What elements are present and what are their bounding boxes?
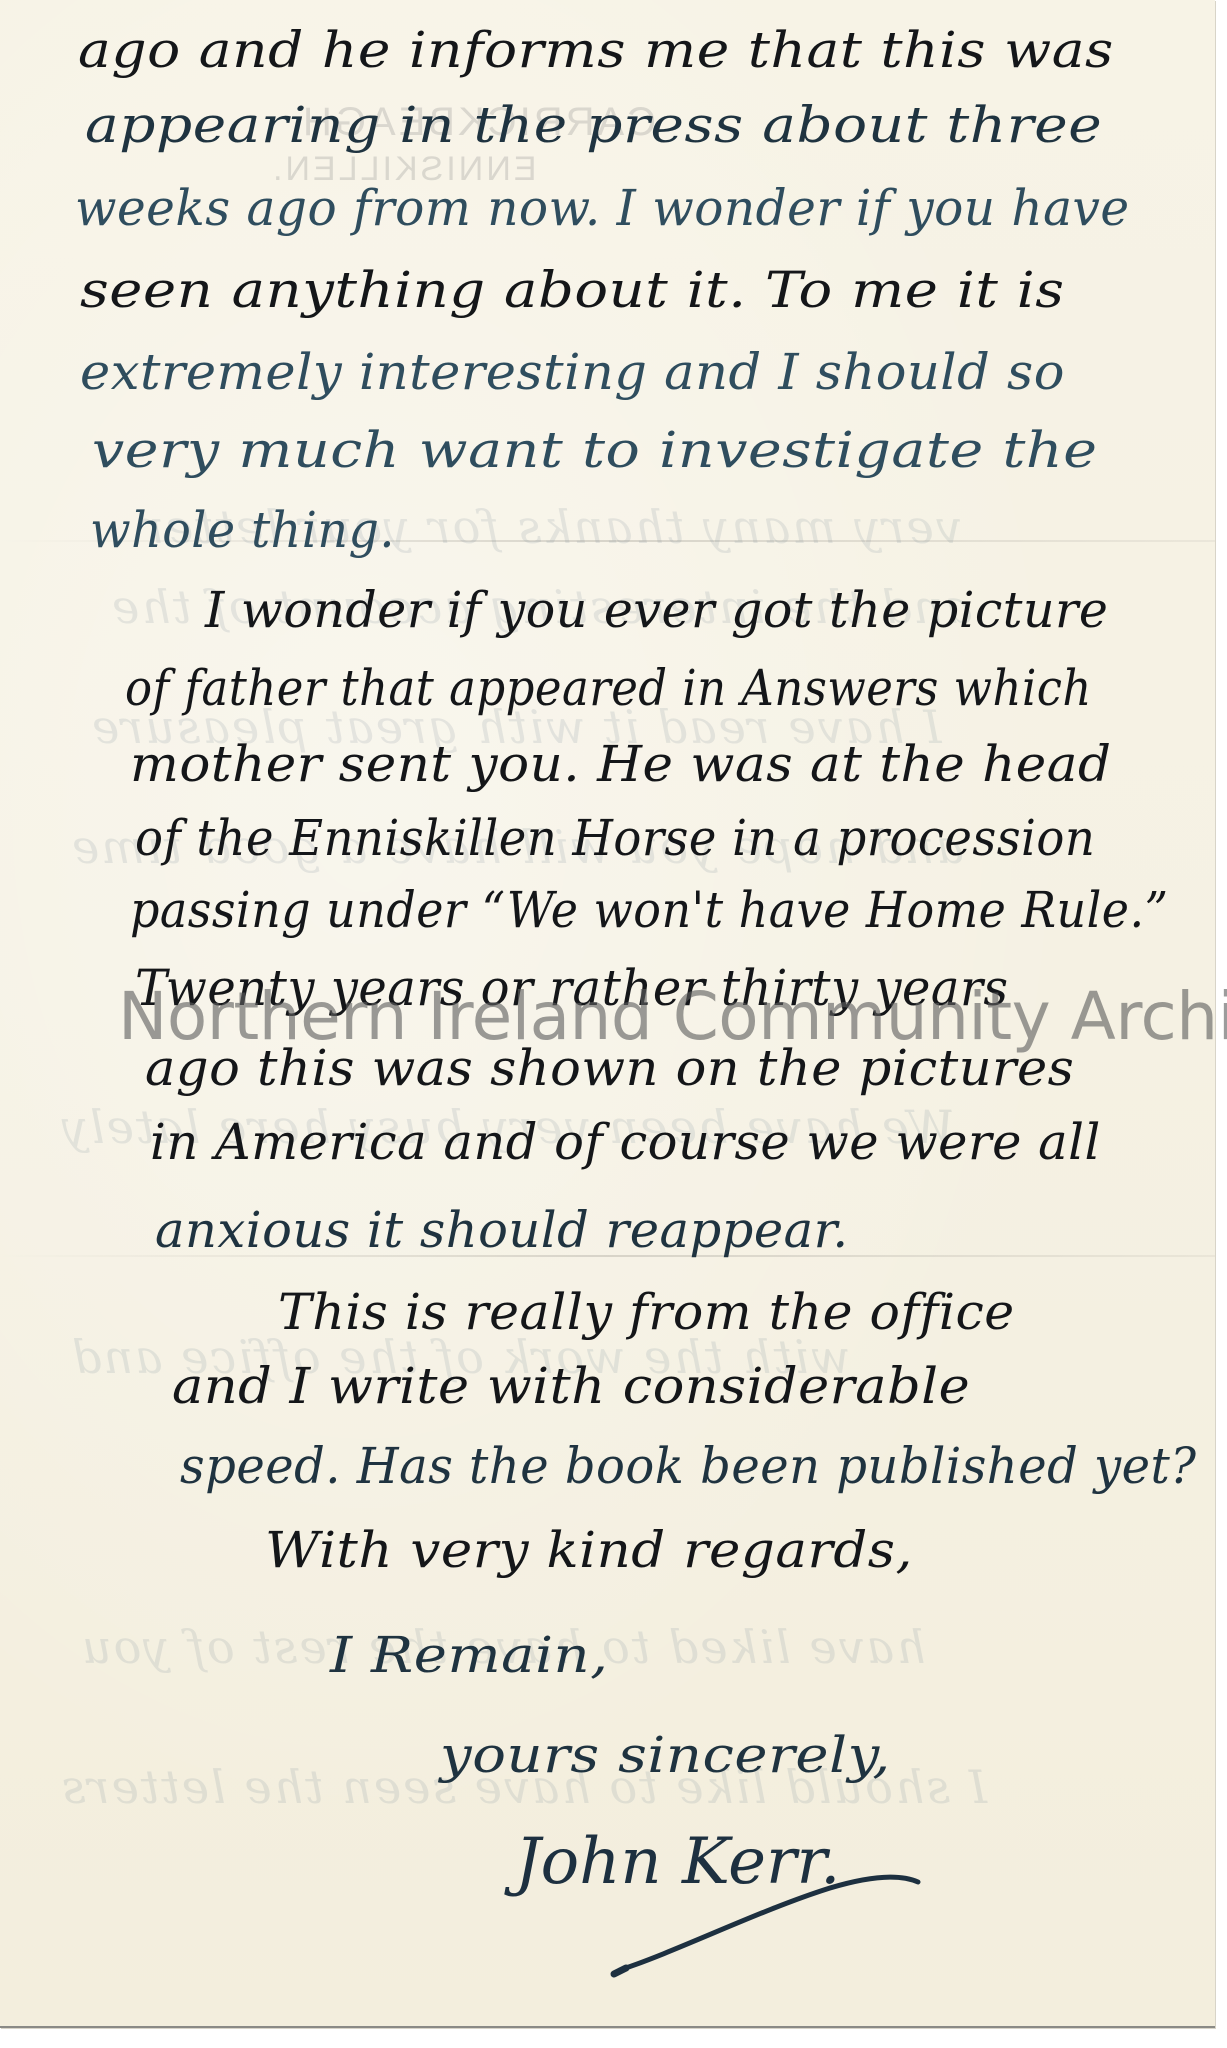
letter-line: passing under “We won't have Home Rule.” [130,880,1169,940]
letter-line: yours sincerely, [440,1725,891,1785]
letter-line: of father that appeared in Answers which [125,658,1092,718]
letter-line: I wonder if you ever got the picture [205,580,1108,640]
letter-line: This is really from the office [278,1282,1015,1342]
letter-line: With very kind regards, [265,1520,913,1580]
archive-watermark: Northern Ireland Community Archive [118,978,1227,1055]
letter-line: ago and he informs me that this was [78,20,1114,80]
letter-line: whole thing. [90,500,395,560]
letter-line: appearing in the press about three [85,95,1102,155]
letter-line: very much want to investigate the [92,420,1098,480]
letter-line: in America and of course we were all [150,1112,1101,1172]
letter-line: extremely interesting and I should so [80,342,1065,402]
letter-line: I Remain, [330,1625,609,1685]
letter-line: speed. Has the book been published yet? [180,1436,1197,1496]
letter-line: mother sent you. He was at the head [130,734,1111,794]
signature-flourish-icon [600,1870,930,1980]
letter-line: weeks ago from now. I wonder if you have [75,178,1130,238]
letter-page: CARRICKBEAGH ENNISKILLEN. very many than… [0,0,1215,2028]
letter-line: seen anything about it. To me it is [80,260,1065,320]
letter-line: of the Enniskillen Horse in a procession [135,808,1095,868]
letter-line: anxious it should reappear. [155,1200,849,1260]
letter-line: and I write with considerable [172,1356,970,1416]
